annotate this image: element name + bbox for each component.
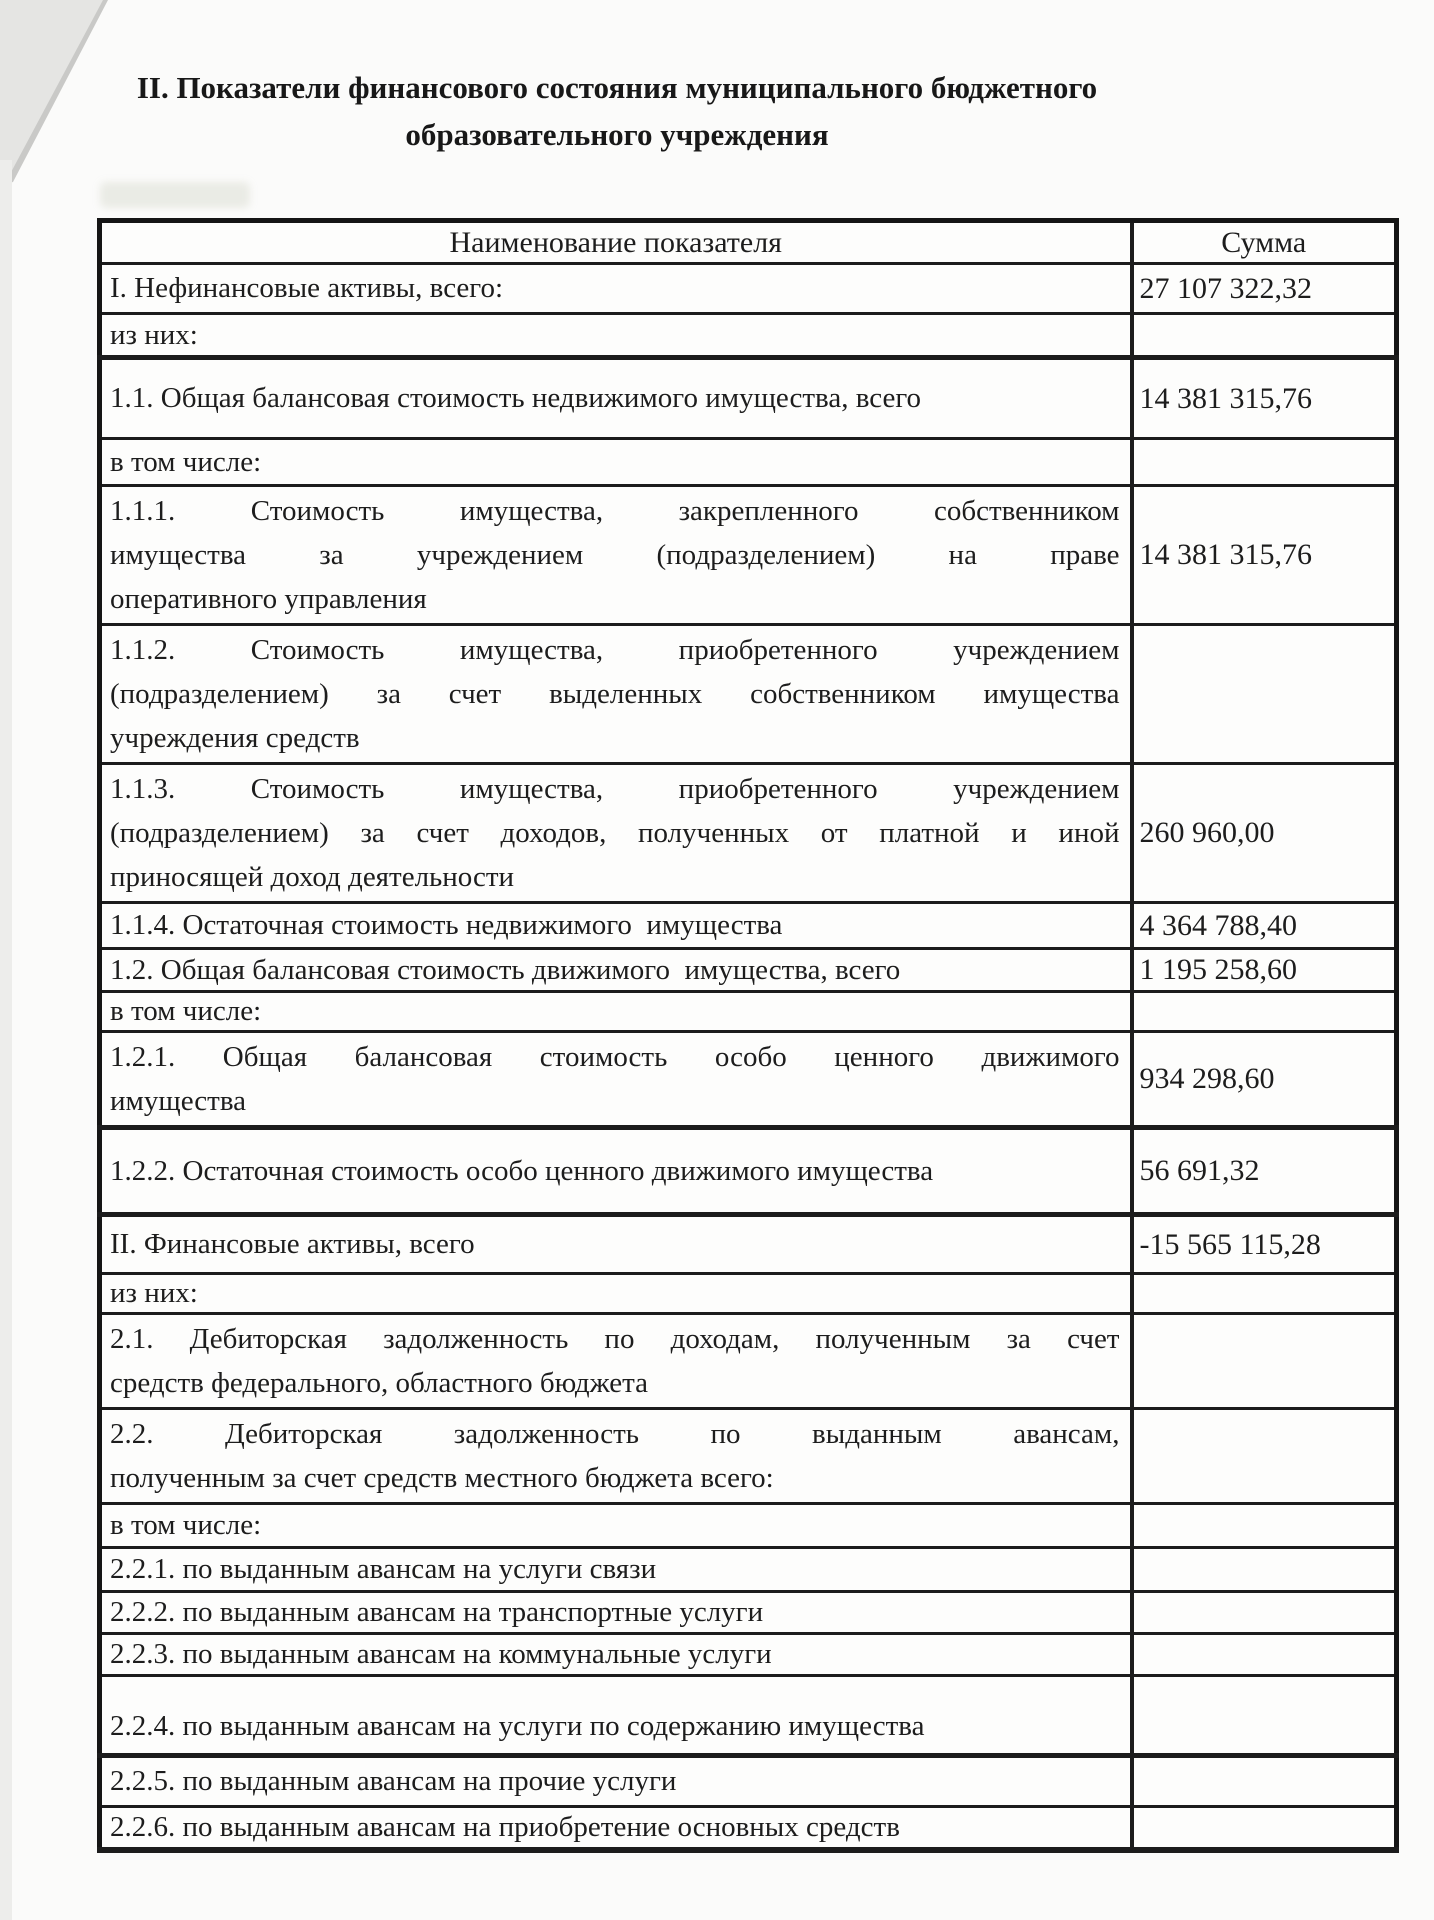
- indicator-name-line: 2.2. Дебиторская задолженность по выданн…: [110, 1412, 1120, 1456]
- indicator-name-cell: 1.1.1. Стоимость имущества, закрепленног…: [100, 486, 1132, 625]
- amount-cell: [1132, 1592, 1397, 1634]
- indicator-name-cell: 1.1.2. Стоимость имущества, приобретенно…: [100, 625, 1132, 764]
- indicator-name-line: из них:: [110, 1277, 1120, 1310]
- indicator-name-cell: 1.1. Общая балансовая стоимость недвижим…: [100, 358, 1132, 439]
- table-row: в том числе:: [100, 1504, 1397, 1548]
- amount-cell: 260 960,00: [1132, 764, 1397, 903]
- table-row: 2.1. Дебиторская задолженность по дохода…: [100, 1314, 1397, 1409]
- amount-cell: [1132, 1274, 1397, 1314]
- indicator-name-cell: I. Нефинансовые активы, всего:: [100, 264, 1132, 314]
- amount-cell: [1132, 1504, 1397, 1548]
- amount-cell: 14 381 315,76: [1132, 358, 1397, 439]
- indicator-name-line: 2.2.3. по выданным авансам на коммунальн…: [110, 1638, 1120, 1671]
- table-row: II. Финансовые активы, всего-15 565 115,…: [100, 1215, 1397, 1274]
- indicator-name-cell: 1.1.3. Стоимость имущества, приобретенно…: [100, 764, 1132, 903]
- indicator-name-cell: в том числе:: [100, 1504, 1132, 1548]
- indicator-name-cell: в том числе:: [100, 439, 1132, 486]
- indicator-name-line: 2.2.5. по выданным авансам на прочие усл…: [110, 1765, 1120, 1798]
- table-row: 2.2.4. по выданным авансам на услуги по …: [100, 1676, 1397, 1756]
- indicator-name-cell: II. Финансовые активы, всего: [100, 1215, 1132, 1274]
- amount-cell: [1132, 1634, 1397, 1676]
- scan-edge-strip: [0, 160, 12, 1920]
- indicator-name-line: 1.1.4. Остаточная стоимость недвижимого …: [110, 909, 1120, 942]
- indicator-name-line: в том числе:: [110, 446, 1120, 479]
- indicator-name-line: II. Финансовые активы, всего: [110, 1228, 1120, 1261]
- indicator-name-line: I. Нефинансовые активы, всего:: [110, 272, 1120, 305]
- amount-cell: [1132, 1548, 1397, 1592]
- amount-cell: 27 107 322,32: [1132, 264, 1397, 314]
- table-row: 2.2.5. по выданным авансам на прочие усл…: [100, 1756, 1397, 1807]
- amount-cell: [1132, 1807, 1397, 1850]
- table-row: 1.2.1. Общая балансовая стоимость особо …: [100, 1032, 1397, 1128]
- table-row: в том числе:: [100, 439, 1397, 486]
- indicator-name-line: в том числе:: [110, 995, 1120, 1028]
- indicator-name-line: (подразделением) за счет доходов, получе…: [110, 811, 1120, 855]
- table-row: 2.2.6. по выданным авансам на приобретен…: [100, 1807, 1397, 1850]
- table-row: 1.1. Общая балансовая стоимость недвижим…: [100, 358, 1397, 439]
- amount-cell: 56 691,32: [1132, 1128, 1397, 1215]
- table-row: 2.2. Дебиторская задолженность по выданн…: [100, 1409, 1397, 1504]
- indicator-name-cell: 1.1.4. Остаточная стоимость недвижимого …: [100, 903, 1132, 949]
- indicator-name-cell: 2.2.2. по выданным авансам на транспортн…: [100, 1592, 1132, 1634]
- indicator-name-line: из них:: [110, 319, 1120, 352]
- indicator-name-line: 1.2.1. Общая балансовая стоимость особо …: [110, 1035, 1120, 1079]
- table-row: 2.2.1. по выданным авансам на услуги свя…: [100, 1548, 1397, 1592]
- table-row: в том числе:: [100, 992, 1397, 1032]
- amount-cell: 14 381 315,76: [1132, 486, 1397, 625]
- indicator-name-line: 2.2.4. по выданным авансам на услуги по …: [110, 1710, 1120, 1743]
- table-row: 1.1.1. Стоимость имущества, закрепленног…: [100, 486, 1397, 625]
- table-row: из них:: [100, 1274, 1397, 1314]
- amount-cell: [1132, 1756, 1397, 1807]
- indicator-name-line: 1.1.1. Стоимость имущества, закрепленног…: [110, 489, 1120, 533]
- amount-cell: [1132, 1314, 1397, 1409]
- indicator-name-cell: 2.2. Дебиторская задолженность по выданн…: [100, 1409, 1132, 1504]
- indicator-name-cell: 2.2.3. по выданным авансам на коммунальн…: [100, 1634, 1132, 1676]
- indicator-name-cell: 1.2.1. Общая балансовая стоимость особо …: [100, 1032, 1132, 1128]
- financial-indicators-table: Наименование показателя Сумма I. Нефинан…: [97, 218, 1399, 1853]
- indicator-name-line: 1.2.2. Остаточная стоимость особо ценног…: [110, 1155, 1120, 1188]
- table-row: из них:: [100, 314, 1397, 358]
- amount-cell: [1132, 1676, 1397, 1756]
- indicator-name-line: 1.1. Общая балансовая стоимость недвижим…: [110, 382, 1120, 415]
- section-title-line-1: II. Показатели финансового состояния мун…: [97, 64, 1137, 111]
- indicator-name-line: в том числе:: [110, 1509, 1120, 1542]
- amount-cell: 1 195 258,60: [1132, 949, 1397, 992]
- indicator-name-cell: 2.1. Дебиторская задолженность по дохода…: [100, 1314, 1132, 1409]
- indicator-name-line: имущества: [110, 1079, 1120, 1123]
- table-row: 1.1.3. Стоимость имущества, приобретенно…: [100, 764, 1397, 903]
- table-header-row: Наименование показателя Сумма: [100, 221, 1397, 264]
- indicator-name-cell: 2.2.6. по выданным авансам на приобретен…: [100, 1807, 1132, 1850]
- table-row: I. Нефинансовые активы, всего:27 107 322…: [100, 264, 1397, 314]
- amount-cell: -15 565 115,28: [1132, 1215, 1397, 1274]
- indicator-name-line: средств федерального, областного бюджета: [110, 1361, 1120, 1405]
- amount-cell: 934 298,60: [1132, 1032, 1397, 1128]
- table-row: 1.1.4. Остаточная стоимость недвижимого …: [100, 903, 1397, 949]
- amount-cell: 4 364 788,40: [1132, 903, 1397, 949]
- indicator-name-line: 1.1.3. Стоимость имущества, приобретенно…: [110, 767, 1120, 811]
- indicator-name-line: полученным за счет средств местного бюдж…: [110, 1456, 1120, 1500]
- indicator-name-line: 2.2.1. по выданным авансам на услуги свя…: [110, 1553, 1120, 1586]
- table-body: I. Нефинансовые активы, всего:27 107 322…: [100, 264, 1397, 1850]
- indicator-name-line: 1.2. Общая балансовая стоимость движимог…: [110, 954, 1120, 987]
- indicator-name-line: приносящей доход деятельности: [110, 855, 1120, 899]
- indicator-name-cell: в том числе:: [100, 992, 1132, 1032]
- indicator-name-cell: из них:: [100, 1274, 1132, 1314]
- amount-cell: [1132, 314, 1397, 358]
- table-row: 2.2.3. по выданным авансам на коммунальн…: [100, 1634, 1397, 1676]
- indicator-name-line: оперативного управления: [110, 577, 1120, 621]
- indicator-name-line: 1.1.2. Стоимость имущества, приобретенно…: [110, 628, 1120, 672]
- table-row: 1.2. Общая балансовая стоимость движимог…: [100, 949, 1397, 992]
- table-row: 1.2.2. Остаточная стоимость особо ценног…: [100, 1128, 1397, 1215]
- amount-cell: [1132, 992, 1397, 1032]
- indicator-name-cell: 1.2.2. Остаточная стоимость особо ценног…: [100, 1128, 1132, 1215]
- indicator-name-line: имущества за учреждением (подразделением…: [110, 533, 1120, 577]
- section-title: II. Показатели финансового состояния мун…: [97, 64, 1137, 158]
- indicator-name-cell: 1.2. Общая балансовая стоимость движимог…: [100, 949, 1132, 992]
- table-row: 1.1.2. Стоимость имущества, приобретенно…: [100, 625, 1397, 764]
- indicator-name-cell: 2.2.4. по выданным авансам на услуги по …: [100, 1676, 1132, 1756]
- indicator-name-cell: из них:: [100, 314, 1132, 358]
- indicator-name-line: 2.1. Дебиторская задолженность по дохода…: [110, 1317, 1120, 1361]
- indicator-name-line: 2.2.2. по выданным авансам на транспортн…: [110, 1596, 1120, 1629]
- indicator-name-line: учреждения средств: [110, 716, 1120, 760]
- amount-cell: [1132, 439, 1397, 486]
- column-header-amount: Сумма: [1132, 221, 1397, 264]
- indicator-name-cell: 2.2.1. по выданным авансам на услуги свя…: [100, 1548, 1132, 1592]
- column-header-indicator-name: Наименование показателя: [100, 221, 1132, 264]
- table-row: 2.2.2. по выданным авансам на транспортн…: [100, 1592, 1397, 1634]
- scanned-page: II. Показатели финансового состояния мун…: [0, 0, 1434, 1920]
- amount-cell: [1132, 1409, 1397, 1504]
- scan-smudge: [100, 182, 250, 208]
- section-title-line-2: образовательного учреждения: [97, 111, 1137, 158]
- indicator-name-line: 2.2.6. по выданным авансам на приобретен…: [110, 1811, 1120, 1844]
- indicator-name-cell: 2.2.5. по выданным авансам на прочие усл…: [100, 1756, 1132, 1807]
- indicator-name-line: (подразделением) за счет выделенных собс…: [110, 672, 1120, 716]
- amount-cell: [1132, 625, 1397, 764]
